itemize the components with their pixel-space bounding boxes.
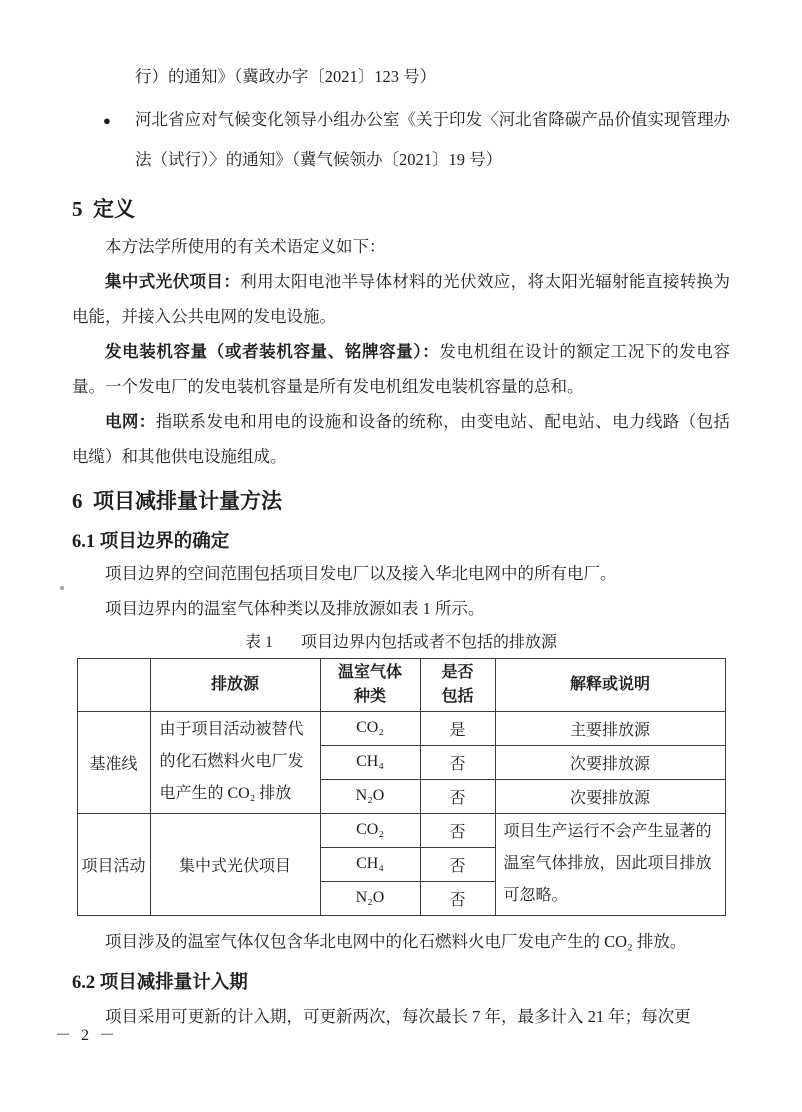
header-empty: [77, 658, 150, 711]
table-1-caption-title: 项目边界内包括或者不包括的排放源: [301, 628, 557, 658]
definition-term: 电网：: [105, 412, 156, 431]
gas-cell: N₂O: [320, 881, 420, 915]
group-cell-project-activity: 项目活动: [77, 813, 150, 915]
table-1-caption-label: 表 1: [245, 628, 273, 658]
note-cell-project: 项目生产运行不会产生显著的温室气体排放，因此项目排放可忽略。: [495, 813, 725, 915]
definition-paragraph-pv: 集中式光伏项目：利用太阳电池半导体材料的光伏效应，将太阳光辐射能直接转换为电能，…: [72, 264, 730, 334]
document-page: 行）的通知》（冀政办字〔2021〕123 号） ● 河北省应对气候变化领导小组办…: [0, 0, 802, 1112]
section-6-1-heading: 6.1 项目边界的确定: [72, 530, 730, 554]
group-cell-baseline: 基准线: [77, 711, 150, 813]
included-cell: 否: [420, 745, 495, 779]
section-6-2-heading: 6.2 项目减排量计入期: [72, 971, 730, 995]
table-row: 项目活动 集中式光伏项目 CO₂ 否 项目生产运行不会产生显著的温室气体排放，因…: [77, 813, 725, 847]
gas-cell: N₂O: [320, 779, 420, 813]
included-cell: 否: [420, 813, 495, 847]
note-cell: 主要排放源: [495, 711, 725, 745]
page-number: － 2 －: [55, 1022, 118, 1045]
after-table-paragraph: 项目涉及的温室气体仅包含华北电网中的化石燃料火电厂发电产生的 CO₂ 排放。: [72, 924, 730, 959]
header-explanation: 解释或说明: [495, 658, 725, 711]
section-6-heading: 6 项目减排量计量方法: [72, 488, 730, 515]
table-header-row: 排放源 温室气体 种类 是否 包括 解释或说明: [77, 658, 725, 711]
section-6-1-paragraph-2: 项目边界内的温室气体种类以及排放源如表 1 所示。: [72, 591, 730, 626]
included-cell: 否: [420, 847, 495, 881]
section-6-2-paragraph: 项目采用可更新的计入期，可更新两次，每次最长 7 年，最多计入 21 年；每次更: [72, 999, 730, 1034]
bullet-icon: ●: [103, 101, 111, 141]
note-cell: 次要排放源: [495, 779, 725, 813]
emission-sources-table: 排放源 温室气体 种类 是否 包括 解释或说明 基准线 由于项目活动被替代的化石…: [77, 658, 726, 916]
table-row: 基准线 由于项目活动被替代的化石燃料火电厂发电产生的 CO₂ 排放 CO₂ 是 …: [77, 711, 725, 745]
included-cell: 是: [420, 711, 495, 745]
included-cell: 否: [420, 881, 495, 915]
definition-term: 集中式光伏项目：: [105, 272, 240, 291]
definition-paragraph-grid: 电网：指联系发电和用电的设施和设备的统称，由变电站、配电站、电力线路（包括电缆）…: [72, 404, 730, 474]
included-cell: 否: [420, 779, 495, 813]
gas-cell: CH₄: [320, 847, 420, 881]
header-included: 是否 包括: [420, 658, 495, 711]
gas-cell: CH₄: [320, 745, 420, 779]
table-1-caption: 表 1 项目边界内包括或者不包括的排放源: [72, 628, 730, 658]
definition-paragraph-capacity: 发电装机容量（或者装机容量、铭牌容量）：发电机组在设计的额定工况下的发电容量。一…: [72, 334, 730, 404]
note-cell: 次要排放源: [495, 745, 725, 779]
section-6-1-paragraph-1: 项目边界的空间范围包括项目发电厂以及接入华北电网中的所有电厂。: [72, 556, 730, 591]
section-5-intro: 本方法学所使用的有关术语定义如下：: [72, 229, 730, 264]
reference-list-item: ● 河北省应对气候变化领导小组办公室《关于印发〈河北省降碳产品价值实现管理办法（…: [72, 100, 730, 180]
header-ghg-type: 温室气体 种类: [320, 658, 420, 711]
header-emission-source: 排放源: [150, 658, 320, 711]
page-content: 行）的通知》（冀政办字〔2021〕123 号） ● 河北省应对气候变化领导小组办…: [0, 0, 802, 1034]
source-cell-baseline: 由于项目活动被替代的化石燃料火电厂发电产生的 CO₂ 排放: [150, 711, 320, 813]
section-5-heading: 5 定义: [72, 196, 730, 223]
gas-cell: CO₂: [320, 813, 420, 847]
definition-body: 指联系发电和用电的设施和设备的统称，由变电站、配电站、电力线路（包括电缆）和其他…: [72, 412, 730, 466]
definition-term: 发电装机容量（或者装机容量、铭牌容量）：: [105, 342, 439, 361]
reference-item-text: 河北省应对气候变化领导小组办公室《关于印发〈河北省降碳产品价值实现管理办法（试行…: [135, 110, 730, 169]
gas-cell: CO₂: [320, 711, 420, 745]
source-cell-project: 集中式光伏项目: [150, 813, 320, 915]
reference-continuation-line: 行）的通知》（冀政办字〔2021〕123 号）: [135, 62, 730, 92]
scan-artifact-dot: [60, 586, 64, 590]
